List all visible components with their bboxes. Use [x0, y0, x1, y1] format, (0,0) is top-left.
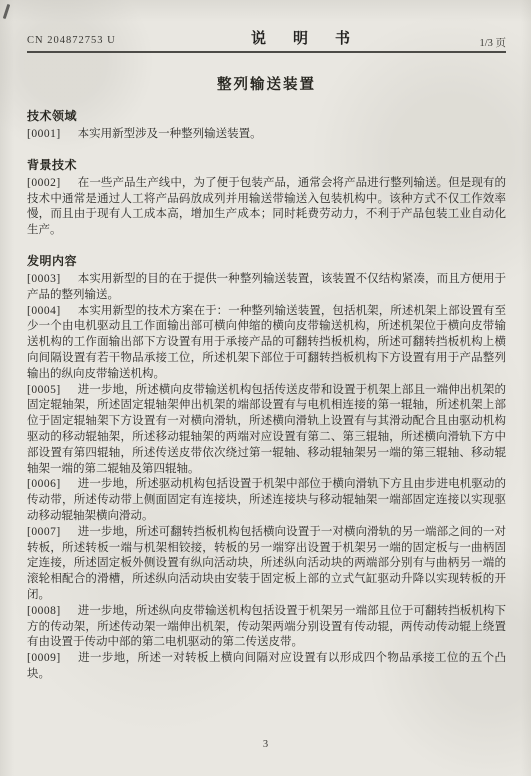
- paragraph-0004: [0004]本实用新型的技术方案在于：一种整列输送装置，包括机架，所述机架上部设…: [27, 304, 506, 383]
- paragraph-number: [0006]: [27, 477, 61, 493]
- paragraph-number: [0005]: [27, 383, 61, 399]
- page-indicator: 1/3 页: [479, 35, 506, 50]
- paragraph-text: 进一步地，所述纵向皮带输送机构包括设置于机架另一端部且位于可翻转挡板机构下方的传…: [27, 605, 506, 649]
- paragraph-0007: [0007]进一步地，所述可翻转挡板机构包括横向设置于一对横向滑轨的另一端部之间…: [27, 525, 506, 604]
- paragraph-text: 进一步地，所述可翻转挡板机构包括横向设置于一对横向滑轨的另一端部之间的一对转板，…: [27, 526, 506, 601]
- paragraph-text: 进一步地，所述驱动机构包括设置于机架中部位于横向滑轨下方且由步进电机驱动的传动带…: [27, 478, 506, 522]
- paragraph-number: [0004]: [27, 304, 61, 320]
- paragraph-text: 在一些产品生产线中，为了便于包装产品，通常会将产品进行整列输送。但是现有的技术中…: [27, 177, 506, 236]
- section-heading-background-art: 背景技术: [27, 156, 506, 173]
- paragraph-text: 进一步地，所述横向皮带输送机构包括传送皮带和设置于机架上部且一端伸出机架的固定辊…: [27, 384, 506, 475]
- page-number: 3: [0, 739, 531, 750]
- patent-specification-page: CN 204872753 U 说 明 书 1/3 页 整列输送装置 技术领域 […: [0, 0, 531, 776]
- paragraph-0008: [0008]进一步地，所述纵向皮带输送机构包括设置于机架另一端部且位于可翻转挡板…: [27, 604, 506, 651]
- paragraph-number: [0001]: [27, 127, 61, 143]
- paragraph-0005: [0005]进一步地，所述横向皮带输送机构包括传送皮带和设置于机架上部且一端伸出…: [27, 383, 506, 478]
- paragraph-0009: [0009]进一步地，所述一对转板上横向间隔对应设置有以形成四个物品承接工位的五…: [27, 651, 506, 683]
- paragraph-0001: [0001]本实用新型涉及一种整列输送装置。: [27, 127, 506, 143]
- paragraph-0006: [0006]进一步地，所述驱动机构包括设置于机架中部位于横向滑轨下方且由步进电机…: [27, 477, 506, 524]
- invention-title: 整列输送装置: [27, 73, 506, 94]
- paragraph-number: [0003]: [27, 272, 61, 288]
- paragraph-text: 本实用新型的技术方案在于：一种整列输送装置，包括机架，所述机架上部设置有至少一个…: [27, 305, 506, 380]
- paragraph-number: [0007]: [27, 525, 61, 541]
- section-heading-technical-field: 技术领域: [27, 107, 506, 124]
- paragraph-number: [0008]: [27, 604, 61, 620]
- paragraph-0002: [0002]在一些产品生产线中，为了便于包装产品，通常会将产品进行整列输送。但是…: [27, 176, 506, 239]
- paragraph-text: 进一步地，所述一对转板上横向间隔对应设置有以形成四个物品承接工位的五个凸块。: [27, 652, 506, 680]
- paragraph-0003: [0003]本实用新型的目的在于提供一种整列输送装置，该装置不仅结构紧凑，而且方…: [27, 272, 506, 304]
- document-type-label: 说 明 书: [251, 27, 356, 48]
- paragraph-number: [0009]: [27, 651, 61, 667]
- patent-number: CN 204872753 U: [27, 35, 116, 46]
- section-heading-invention-content: 发明内容: [27, 252, 506, 269]
- paragraph-number: [0002]: [27, 176, 61, 192]
- paragraph-text: 本实用新型的目的在于提供一种整列输送装置，该装置不仅结构紧凑，而且方便用于产品的…: [27, 273, 506, 301]
- page-header: CN 204872753 U 说 明 书 1/3 页: [27, 27, 506, 53]
- paragraph-text: 本实用新型涉及一种整列输送装置。: [78, 128, 262, 140]
